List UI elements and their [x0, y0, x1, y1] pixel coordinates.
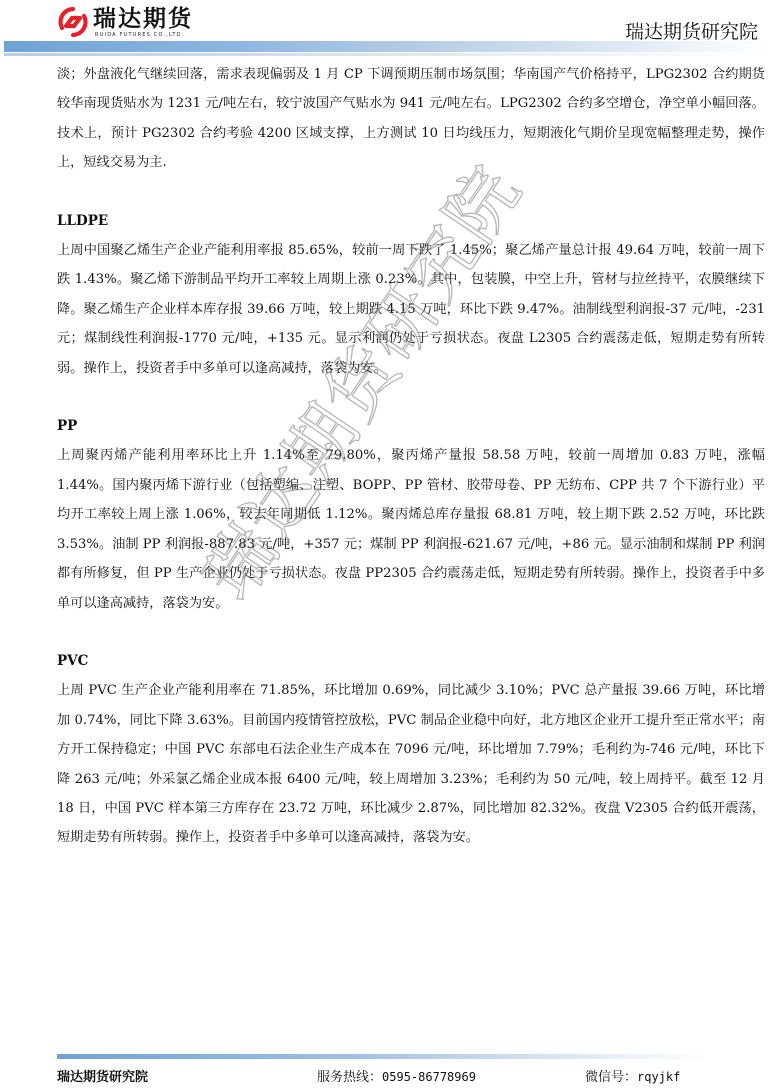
section-paragraph: 上周中国聚乙烯生产企业产能利用率报 85.65%，较前一周下跌了 1.45%；聚…	[57, 236, 765, 383]
wechat-label: 微信号：	[585, 1070, 637, 1085]
section-title: LLDPE	[57, 207, 765, 236]
logo-english-name: RUIDA FUTURES CO.,LTD.	[95, 32, 193, 38]
section-lpg: 淡；外盘液化气继续回落，需求表现偏弱及 1 月 CP 下调预期压制市场氛围；华南…	[57, 60, 765, 178]
report-body: 淡；外盘液化气继续回落，需求表现偏弱及 1 月 CP 下调预期压制市场氛围；华南…	[57, 60, 765, 853]
header-divider-line	[4, 53, 770, 56]
header-divider-band	[4, 41, 770, 52]
page-header: 瑞达期货 RUIDA FUTURES CO.,LTD. 瑞达期货研究院	[0, 0, 770, 60]
footer-divider-band	[57, 1054, 710, 1059]
section-lldpe: LLDPE 上周中国聚乙烯生产企业产能利用率报 85.65%，较前一周下跌了 1…	[57, 207, 765, 383]
section-title: PP	[57, 412, 765, 441]
header-title: 瑞达期货研究院	[625, 17, 758, 44]
footer-hotline: 服务热线：0595-86778969	[317, 1066, 476, 1085]
spacer	[57, 178, 765, 207]
section-paragraph: 上周 PVC 生产企业产能利用率在 71.85%，环比增加 0.69%，同比减少…	[57, 676, 765, 852]
section-pvc: PVC 上周 PVC 生产企业产能利用率在 71.85%，环比增加 0.69%，…	[57, 647, 765, 853]
spacer	[57, 383, 765, 412]
company-logo: 瑞达期货 RUIDA FUTURES CO.,LTD.	[57, 6, 193, 38]
section-paragraph: 上周聚丙烯产能利用率环比上升 1.14%至 79.80%，聚丙烯产量报 58.5…	[57, 441, 765, 617]
logo-chinese-name: 瑞达期货	[93, 6, 193, 32]
hotline-label: 服务热线：	[317, 1070, 382, 1085]
footer-org-name: 瑞达期货研究院	[57, 1066, 148, 1085]
page-footer: 瑞达期货研究院 服务热线：0595-86778969 微信号：rqyjkf	[57, 1066, 757, 1086]
wechat-id: rqyjkf	[637, 1070, 680, 1084]
section-title: PVC	[57, 647, 765, 676]
footer-wechat: 微信号：rqyjkf	[585, 1066, 680, 1085]
ruida-logo-icon	[57, 6, 89, 38]
section-pp: PP 上周聚丙烯产能利用率环比上升 1.14%至 79.80%，聚丙烯产量报 5…	[57, 412, 765, 618]
section-paragraph: 淡；外盘液化气继续回落，需求表现偏弱及 1 月 CP 下调预期压制市场氛围；华南…	[57, 60, 765, 178]
spacer	[57, 618, 765, 647]
hotline-number: 0595-86778969	[382, 1070, 476, 1084]
